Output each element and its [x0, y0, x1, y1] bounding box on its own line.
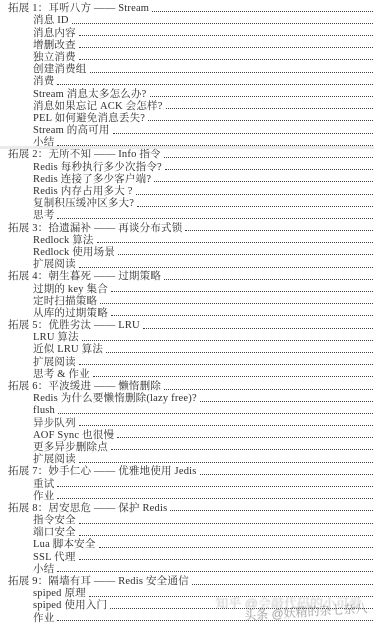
dotted-leader — [79, 59, 373, 60]
toc-entry-label: spiped 原理 — [33, 588, 86, 599]
toc-entry-label: 小结 — [33, 564, 54, 575]
toc-section-entry: 作业 — [0, 611, 374, 623]
dotted-leader — [137, 206, 373, 207]
toc-entry-label: 拓展 3：拾遗漏补 —— 再谈分布式锁 — [8, 223, 182, 234]
toc-entry-label: Redis 内存占用多大 ? — [33, 186, 133, 197]
toc-section-entry: LRU 算法 — [0, 331, 374, 343]
toc-chapter-entry: 拓展 1：耳听八方 —— Stream — [0, 2, 374, 14]
toc-entry-label: SSL 代理 — [33, 552, 76, 563]
dotted-leader — [154, 181, 373, 182]
dotted-leader — [79, 47, 373, 48]
dotted-leader — [57, 571, 373, 572]
toc-section-entry: 小结 — [0, 563, 374, 575]
dotted-leader — [79, 425, 373, 426]
toc-entry-label: 消息内容 — [33, 28, 76, 39]
toc-entry-label: 更多异步删除点 — [33, 442, 108, 453]
toc-section-entry: spiped 原理 — [0, 587, 374, 599]
toc-entry-label: 定时扫描策略 — [33, 296, 97, 307]
dotted-leader — [200, 401, 373, 402]
toc-entry-label: Stream 的高可用 — [33, 125, 110, 136]
dotted-leader — [79, 267, 373, 268]
dotted-leader — [93, 376, 373, 377]
dotted-leader — [58, 413, 373, 414]
dotted-leader — [97, 242, 373, 243]
dotted-leader — [106, 352, 373, 353]
dotted-leader — [100, 303, 373, 304]
toc-section-entry: 定时扫描策略 — [0, 295, 374, 307]
toc-section-entry: PEL 如何避免消息丢失? — [0, 112, 374, 124]
toc-entry-label: 拓展 7：妙手仁心 —— 优雅地使用 Jedis — [8, 466, 197, 477]
toc-section-entry: 消费 — [0, 75, 374, 87]
toc-entry-label: 消费 — [33, 76, 54, 87]
dotted-leader — [164, 157, 373, 158]
dotted-leader — [170, 510, 373, 511]
toc-entry-label: 思考 — [33, 210, 54, 221]
toc-section-entry: 小结 — [0, 136, 374, 148]
toc-section-entry: 消息如果忘记 ACK 会怎样? — [0, 100, 374, 112]
toc-section-entry: 增删改查 — [0, 39, 374, 51]
toc-section-entry: Redlock 算法 — [0, 234, 374, 246]
table-of-contents: 拓展 1：耳听八方 —— Stream消息 ID消息内容增删改查独立消费创建消费… — [0, 0, 374, 624]
toc-entry-label: 消息如果忘记 ACK 会怎样? — [33, 101, 163, 112]
dotted-leader — [90, 72, 374, 73]
dotted-leader — [192, 584, 373, 585]
dotted-leader — [111, 315, 373, 316]
dotted-leader — [164, 279, 373, 280]
toc-entry-label: PEL 如何避免消息丢失? — [33, 113, 145, 124]
toc-section-entry: 创建消费组 — [0, 63, 374, 75]
dotted-leader — [110, 608, 373, 609]
toc-entry-label: 端口安全 — [33, 527, 76, 538]
toc-section-entry: 思考 & 作业 — [0, 368, 374, 380]
dotted-leader — [79, 35, 373, 36]
toc-entry-label: 作业 — [33, 613, 54, 624]
toc-section-entry: Stream 消息太多怎么办? — [0, 87, 374, 99]
toc-section-entry: 从库的过期策略 — [0, 307, 374, 319]
dotted-leader — [57, 486, 373, 487]
toc-entry-label: spiped 使用入门 — [33, 600, 107, 611]
toc-chapter-entry: 拓展 6：平波缓进 —— 懒惰删除 — [0, 380, 374, 392]
toc-section-entry: Redis 为什么要懒惰删除(lazy free)? — [0, 392, 374, 404]
toc-section-entry: 复制积压缓冲区多大? — [0, 197, 374, 209]
dotted-leader — [79, 535, 373, 536]
toc-section-entry: 扩展阅读 — [0, 258, 374, 270]
toc-entry-label: 思考 & 作业 — [33, 369, 90, 380]
dotted-leader — [136, 194, 373, 195]
dotted-leader — [113, 133, 373, 134]
toc-section-entry: Redis 每秒执行多少次指令? — [0, 160, 374, 172]
toc-chapter-entry: 拓展 8：居安思危 —— 保护 Redis — [0, 502, 374, 514]
toc-entry-label: Redlock 使用场景 — [33, 247, 115, 258]
toc-section-entry: 消息 ID — [0, 14, 374, 26]
dotted-leader — [57, 620, 373, 621]
dotted-leader — [118, 254, 373, 255]
toc-entry-label: flush — [33, 405, 55, 416]
dotted-leader — [57, 145, 373, 146]
dotted-leader — [79, 364, 373, 365]
toc-entry-label: 小结 — [33, 137, 54, 148]
toc-entry-label: 拓展 9：隔墙有耳 —— Redis 安全通信 — [8, 576, 189, 587]
toc-entry-label: Redis 连接了多少客户端? — [33, 174, 151, 185]
toc-chapter-entry: 拓展 3：拾遗漏补 —— 再谈分布式锁 — [0, 221, 374, 233]
toc-section-entry: 更多异步删除点 — [0, 441, 374, 453]
dotted-leader — [89, 596, 373, 597]
toc-entry-label: Lua 脚本安全 — [33, 539, 96, 550]
toc-entry-label: 指令安全 — [33, 515, 76, 526]
toc-entry-label: Redlock 算法 — [33, 235, 94, 246]
toc-entry-label: Redis 每秒执行多少次指令? — [33, 162, 162, 173]
toc-section-entry: 过期的 key 集合 — [0, 282, 374, 294]
toc-section-entry: Stream 的高可用 — [0, 124, 374, 136]
toc-entry-label: 复制积压缓冲区多大? — [33, 198, 134, 209]
toc-section-entry: 异步队列 — [0, 416, 374, 428]
toc-chapter-entry: 拓展 7：妙手仁心 —— 优雅地使用 Jedis — [0, 465, 374, 477]
toc-entry-label: 创建消费组 — [33, 64, 87, 75]
dotted-leader — [117, 437, 373, 438]
dotted-leader — [152, 11, 373, 12]
toc-entry-label: 拓展 1：耳听八方 —— Stream — [8, 3, 149, 14]
toc-section-entry: flush — [0, 404, 374, 416]
toc-section-entry: Redlock 使用场景 — [0, 246, 374, 258]
toc-entry-label: 扩展阅读 — [33, 259, 76, 270]
toc-entry-label: 拓展 4：朝生暮死 —— 过期策略 — [8, 271, 161, 282]
toc-entry-label: Stream 消息太多怎么办? — [33, 89, 147, 100]
dotted-leader — [166, 108, 373, 109]
toc-entry-label: 扩展阅读 — [33, 357, 76, 368]
toc-chapter-entry: 拓展 4：朝生暮死 —— 过期策略 — [0, 270, 374, 282]
dotted-leader — [99, 547, 373, 548]
dotted-leader — [164, 389, 373, 390]
toc-section-entry: Redis 内存占用多大 ? — [0, 185, 374, 197]
dotted-leader — [57, 84, 373, 85]
toc-section-entry: Redis 连接了多少客户端? — [0, 173, 374, 185]
dotted-leader — [72, 23, 373, 24]
toc-entry-label: 异步队列 — [33, 418, 76, 429]
toc-entry-label: 扩展阅读 — [33, 454, 76, 465]
toc-section-entry: 思考 — [0, 209, 374, 221]
toc-section-entry: 作业 — [0, 490, 374, 502]
dotted-leader — [57, 218, 373, 219]
dotted-leader — [79, 462, 373, 463]
toc-entry-label: 拓展 6：平波缓进 —— 懒惰删除 — [8, 381, 161, 392]
toc-entry-label: 独立消费 — [33, 52, 76, 63]
toc-section-entry: 独立消费 — [0, 51, 374, 63]
toc-section-entry: 消息内容 — [0, 26, 374, 38]
toc-section-entry: 扩展阅读 — [0, 453, 374, 465]
toc-section-entry: AOF Sync 也很慢 — [0, 429, 374, 441]
toc-entry-label: 近似 LRU 算法 — [33, 344, 103, 355]
toc-section-entry: spiped 使用入门 — [0, 599, 374, 611]
toc-entry-label: LRU 算法 — [33, 332, 79, 343]
toc-section-entry: 近似 LRU 算法 — [0, 343, 374, 355]
toc-section-entry: 指令安全 — [0, 514, 374, 526]
dotted-leader — [79, 523, 373, 524]
toc-entry-label: 过期的 key 集合 — [33, 284, 108, 295]
dotted-leader — [150, 96, 373, 97]
toc-entry-label: 拓展 8：居安思危 —— 保护 Redis — [8, 503, 167, 514]
dotted-leader — [57, 498, 373, 499]
toc-entry-label: 重试 — [33, 479, 54, 490]
toc-section-entry: 扩展阅读 — [0, 355, 374, 367]
toc-section-entry: 端口安全 — [0, 526, 374, 538]
toc-entry-label: Redis 为什么要懒惰删除(lazy free)? — [33, 393, 197, 404]
dotted-leader — [185, 230, 373, 231]
dotted-leader — [79, 559, 373, 560]
toc-chapter-entry: 拓展 2：无所不知 —— Info 指令 — [0, 148, 374, 160]
toc-entry-label: 消息 ID — [33, 15, 69, 26]
dotted-leader — [82, 340, 373, 341]
toc-entry-label: 作业 — [33, 491, 54, 502]
toc-entry-label: 拓展 5：优胜劣汰 —— LRU — [8, 320, 140, 331]
toc-chapter-entry: 拓展 9：隔墙有耳 —— Redis 安全通信 — [0, 575, 374, 587]
toc-entry-label: AOF Sync 也很慢 — [33, 430, 114, 441]
toc-entry-label: 从库的过期策略 — [33, 308, 108, 319]
toc-section-entry: Lua 脚本安全 — [0, 538, 374, 550]
toc-entry-label: 增删改查 — [33, 40, 76, 51]
toc-chapter-entry: 拓展 5：优胜劣汰 —— LRU — [0, 319, 374, 331]
toc-page: 拓展 1：耳听八方 —— Stream消息 ID消息内容增删改查独立消费创建消费… — [0, 0, 374, 625]
dotted-leader — [148, 120, 373, 121]
dotted-leader — [200, 474, 373, 475]
dotted-leader — [165, 169, 373, 170]
toc-section-entry: SSL 代理 — [0, 550, 374, 562]
toc-section-entry: 重试 — [0, 477, 374, 489]
dotted-leader — [111, 291, 373, 292]
dotted-leader — [111, 449, 373, 450]
dotted-leader — [143, 328, 373, 329]
toc-entry-label: 拓展 2：无所不知 —— Info 指令 — [8, 149, 161, 160]
